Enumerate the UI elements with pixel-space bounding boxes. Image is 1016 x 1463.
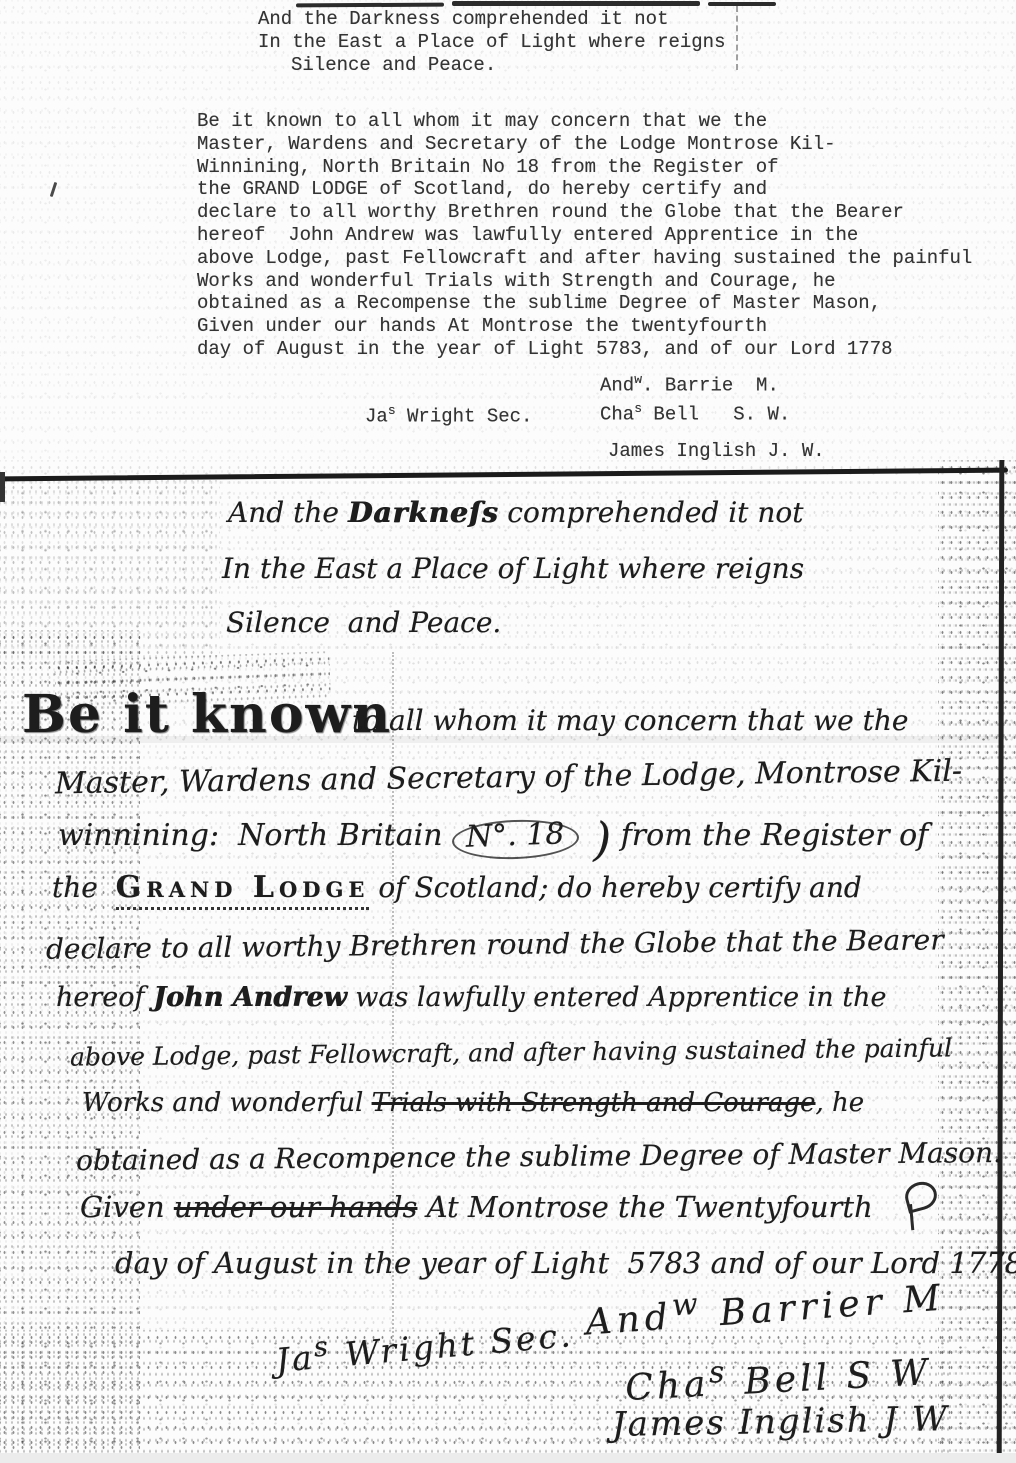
ms-signature-secretary: Jas Wright Sec.: [274, 1309, 575, 1380]
ms-line-works: Works and wonderful Trials with Strength…: [82, 1088, 864, 1118]
ms-text: , he: [816, 1088, 865, 1118]
ms-text: was lawfully entered Apprentice in the: [347, 982, 887, 1013]
pen-flourish: [902, 1178, 940, 1213]
manuscript-section: And the Darkneſs comprehended it not In …: [0, 460, 1016, 1463]
scan-noise: [938, 460, 1016, 1463]
ms-poem-line-2: In the East a Place of Light where reign…: [222, 552, 804, 585]
ms-text: from the Register of: [611, 818, 928, 853]
ms-line-given: Given under our hands At Montrose the Tw…: [80, 1190, 873, 1224]
manuscript-left-edge: [0, 472, 5, 502]
signature-text: Wright Sec.: [396, 405, 533, 427]
ms-struck-text: under our hands: [174, 1190, 417, 1224]
signature-text: And: [584, 1297, 674, 1344]
ms-line-declare: declare to all worthy Brethren round the…: [46, 923, 944, 965]
scan-noise: [0, 480, 220, 660]
ms-text: hereof: [56, 982, 153, 1013]
scan-artifact-line: [296, 3, 444, 8]
ms-paren: ): [579, 812, 612, 866]
scan-artifact-dashes: [736, 6, 738, 70]
ms-text: Given: [80, 1190, 174, 1224]
signature-text: Ja: [365, 405, 388, 427]
signature-text: Ja: [274, 1338, 316, 1380]
ms-line-master-wardens: Master, Wardens and Secretary of the Lod…: [55, 754, 962, 802]
ms-line-winnining: winnining: North Britain N°. 18 ) from t…: [58, 812, 928, 866]
ms-grand-lodge-caps: Grand Lodge: [116, 870, 370, 910]
typed-poem: And the Darkness comprehended it not In …: [258, 8, 725, 77]
signature-superscript: w: [634, 372, 642, 387]
ms-poem-line-1: And the Darkneſs comprehended it not: [228, 496, 803, 529]
ms-text: And the: [228, 496, 348, 529]
typed-body-line: Winnining, North Britain No 18 from the …: [197, 156, 972, 179]
ms-signature-junior-warden: James Inglish J W: [612, 1399, 950, 1445]
stray-pen-mark: [50, 182, 57, 197]
ms-ornate-word: Darkneſs: [348, 496, 499, 529]
ms-text: Works and wonderful: [82, 1088, 372, 1118]
typed-signature-senior-warden: Chas Bell S. W.: [600, 401, 790, 425]
typed-body-line: Master, Wardens and Secretary of the Lod…: [197, 133, 972, 156]
ms-text: comprehended it not: [498, 496, 803, 529]
typed-transcription-section: And the Darkness comprehended it not In …: [0, 0, 1016, 460]
signature-text: And: [600, 374, 634, 396]
ms-signature-master: Andw Barrier M: [584, 1270, 947, 1344]
typed-signature-master: Andw. Barrie M.: [600, 372, 779, 396]
signature-superscript: s: [634, 401, 642, 416]
typed-body: Be it known to all whom it may concern t…: [197, 110, 972, 361]
signature-text: Bell S W: [728, 1352, 933, 1404]
signature-text: Cha: [600, 403, 634, 425]
typed-body-line: Given under our hands At Montrose the tw…: [197, 315, 972, 338]
typed-body-line: day of August in the year of Light 5783,…: [197, 338, 972, 361]
ms-line-obtained: obtained as a Recompence the sublime Deg…: [76, 1136, 1002, 1177]
ms-text: the: [52, 871, 116, 904]
ms-poem-line-3: Silence and Peace.: [226, 606, 501, 639]
scanned-certificate-page: And the Darkness comprehended it not In …: [0, 0, 1016, 1463]
ms-text: of Scotland; do hereby certify and: [369, 871, 861, 904]
signature-text: . Barrie M.: [642, 374, 779, 396]
ms-opening-blackletter: Be it known: [22, 684, 392, 745]
scan-artifact-line: [708, 2, 776, 6]
ms-text: winnining: North Britain: [58, 818, 452, 853]
signature-text: Wright Sec.: [330, 1315, 575, 1375]
typed-body-line: obtained as a Recompense the sublime Deg…: [197, 292, 972, 315]
signature-text: Bell S. W.: [642, 403, 790, 425]
signature-superscript: s: [388, 403, 396, 418]
typed-body-line: declare to all worthy Brethren round the…: [197, 201, 972, 224]
ms-line-above-lodge: above Lodge, past Fellowcraft, and after…: [70, 1033, 952, 1071]
scan-bottom-edge: [0, 1453, 1016, 1463]
signature-text: Barrier M: [702, 1277, 946, 1335]
ms-bearer-name: John Andrew: [153, 982, 347, 1013]
ms-line-grand-lodge: the Grand Lodge of Scotland; do hereby c…: [52, 870, 862, 905]
manuscript-top-edge: [0, 468, 1008, 482]
signature-superscript: w: [671, 1286, 704, 1323]
ms-text: At Montrose the Twentyfourth: [417, 1190, 872, 1224]
ms-struck-text: Trials with Strength and Courage: [372, 1088, 816, 1118]
typed-body-line: Works and wonderful Trials with Strength…: [197, 270, 972, 293]
typed-poem-line: In the East a Place of Light where reign…: [258, 31, 725, 54]
signature-superscript: s: [708, 1355, 729, 1391]
typed-signature-junior-warden: James Inglish J. W.: [608, 440, 825, 462]
typed-signature-secretary: Jas Wright Sec.: [365, 403, 532, 427]
typed-poem-line: And the Darkness comprehended it not: [258, 8, 725, 31]
typed-body-line: above Lodge, past Fellowcraft and after …: [197, 247, 972, 270]
ms-lodge-number: N°. 18: [451, 818, 579, 861]
signature-text: Cha: [624, 1364, 710, 1409]
typed-body-line: hereof John Andrew was lawfully entered …: [197, 224, 972, 247]
typed-poem-line: Silence and Peace.: [258, 54, 725, 77]
typed-body-line: Be it known to all whom it may concern t…: [197, 110, 972, 133]
ms-line-hereof: hereof John Andrew was lawfully entered …: [56, 982, 887, 1013]
manuscript-right-edge: [997, 460, 1005, 1463]
scan-artifact-line: [452, 1, 700, 6]
typed-body-line: the GRAND LODGE of Scotland, do hereby c…: [197, 178, 972, 201]
ms-opening-rest: to all whom it may concern that we the: [352, 704, 908, 737]
